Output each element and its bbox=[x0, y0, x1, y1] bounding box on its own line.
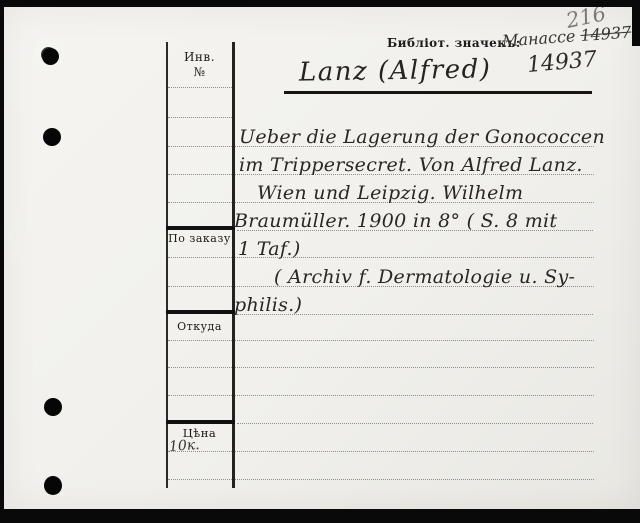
origin-label: Откуда bbox=[166, 320, 233, 333]
scan-border-bottom bbox=[0, 509, 640, 523]
punch-hole bbox=[43, 128, 61, 146]
inventory-label-line2: № bbox=[166, 65, 233, 80]
order-label: По заказу bbox=[166, 232, 233, 245]
punch-hole bbox=[44, 398, 62, 416]
entry-line: philis.) bbox=[234, 294, 302, 316]
entry-line: Braumüller. 1900 in 8° ( S. 8 mit bbox=[234, 210, 557, 232]
entry-line: im Trippersecret. Von Alfred Lanz. bbox=[239, 154, 583, 176]
inventory-label-line1: Инв. bbox=[166, 50, 233, 65]
price-value-handwritten: 10к. bbox=[168, 437, 200, 455]
punch-hole bbox=[44, 476, 62, 495]
scan-border-top-right bbox=[632, 0, 640, 46]
scan-border-left bbox=[0, 0, 4, 523]
library-mark-number-struck: 14937 bbox=[580, 23, 632, 46]
ruled-line bbox=[168, 117, 232, 118]
catalog-card-scan: Инв. № По заказу Откуда Цѣна 10к. 216 Би… bbox=[0, 0, 640, 523]
author-heading: Lanz (Alfred) bbox=[299, 54, 492, 87]
entry-line: 1 Taf.) bbox=[238, 238, 301, 260]
library-mark-label: Библіот. значекъ: bbox=[387, 36, 521, 50]
inventory-number-label: Инв. № bbox=[166, 50, 233, 80]
entry-line: Ueber die Lagerung der Gonococcen bbox=[239, 126, 605, 148]
entry-line: Wien und Leipzig. Wilhelm bbox=[257, 182, 523, 204]
author-heading-underline bbox=[284, 91, 592, 94]
section-divider bbox=[166, 310, 235, 314]
scan-border-top bbox=[0, 0, 640, 7]
ruled-line bbox=[168, 87, 232, 88]
section-divider bbox=[166, 226, 235, 230]
punch-hole bbox=[42, 48, 59, 65]
section-divider bbox=[166, 420, 235, 424]
ruled-line bbox=[237, 423, 593, 424]
entry-line: ( Archiv f. Dermatologie u. Sy- bbox=[274, 266, 575, 288]
